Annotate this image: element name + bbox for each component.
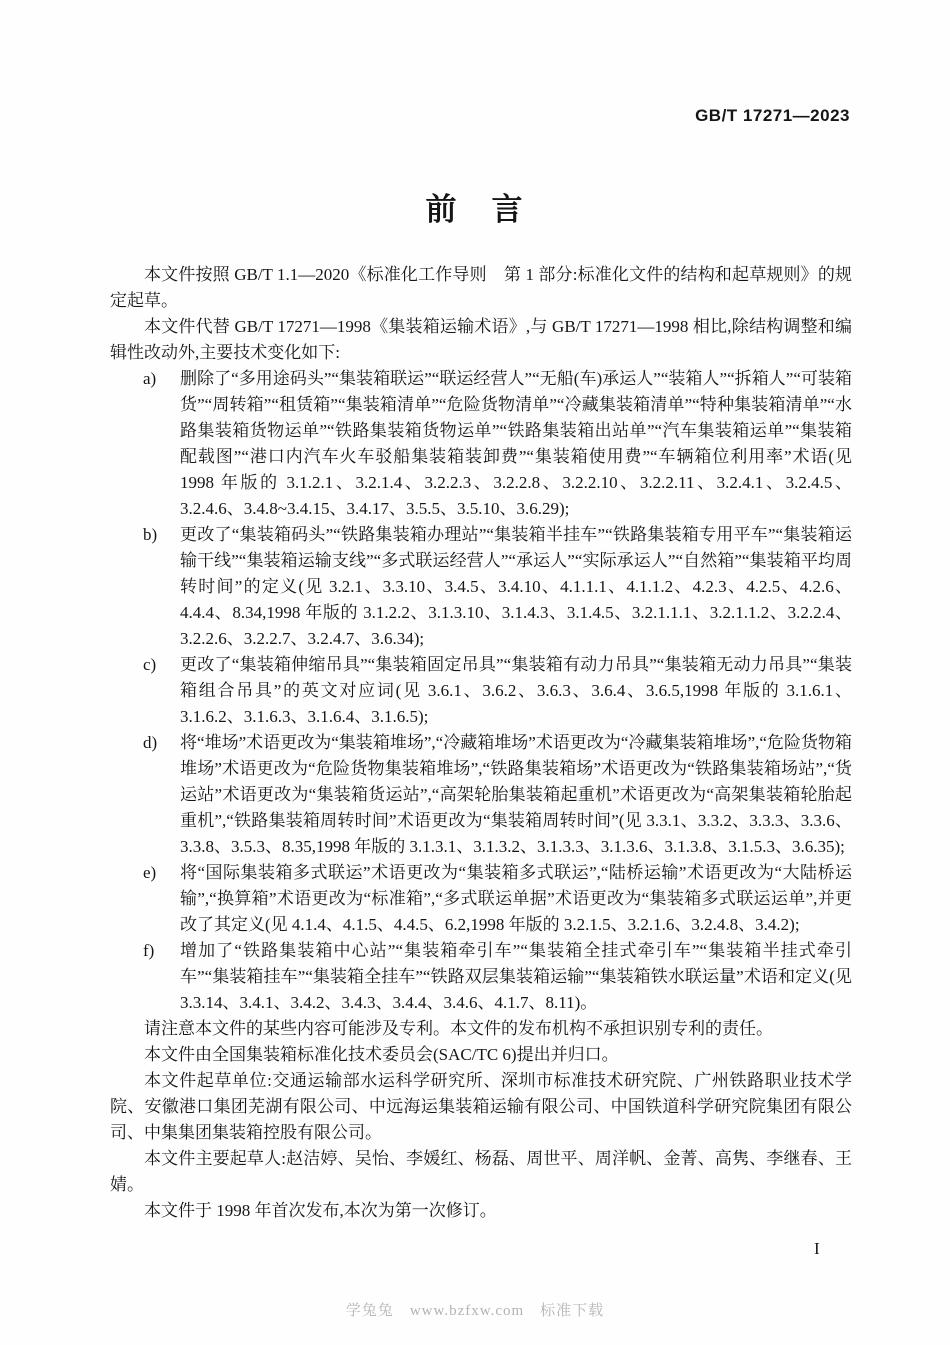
page-number: I (814, 1239, 820, 1259)
change-item-label: c) (143, 652, 180, 730)
intro-paragraph: 本文件按照 GB/T 1.1—2020《标准化工作导则 第 1 部分:标准化文件… (110, 262, 852, 314)
page-title: 前 言 (0, 184, 950, 229)
change-item-label: e) (143, 860, 180, 938)
closing-paragraph: 本文件主要起草人:赵洁婷、吴怡、李媛红、杨磊、周世平、周洋帆、金菁、高隽、李继春… (110, 1146, 852, 1198)
change-item-text: 删除了“多用途码头”“集装箱联运”“联运经营人”“无船(车)承运人”“装箱人”“… (180, 366, 852, 522)
change-item: f) 增加了“铁路集装箱中心站”“集装箱牵引车”“集装箱全挂式牵引车”“集装箱半… (143, 938, 852, 1016)
change-item-label: b) (143, 522, 180, 652)
change-item-label: f) (143, 938, 180, 1016)
change-item-text: 增加了“铁路集装箱中心站”“集装箱牵引车”“集装箱全挂式牵引车”“集装箱半挂式牵… (180, 938, 852, 1016)
foreword-content: 本文件按照 GB/T 1.1—2020《标准化工作导则 第 1 部分:标准化文件… (110, 262, 852, 1224)
change-item: a) 删除了“多用途码头”“集装箱联运”“联运经营人”“无船(车)承运人”“装箱… (143, 366, 852, 522)
change-item-text: 更改了“集装箱码头”“铁路集装箱办理站”“集装箱半挂车”“铁路集装箱专用平车”“… (180, 522, 852, 652)
change-item: e) 将“国际集装箱多式联运”术语更改为“集装箱多式联运”,“陆桥运输”术语更改… (143, 860, 852, 938)
change-item-label: a) (143, 366, 180, 522)
closing-paragraph: 请注意本文件的某些内容可能涉及专利。本文件的发布机构不承担识别专利的责任。 (110, 1016, 852, 1042)
change-item-text: 将“堆场”术语更改为“集装箱堆场”,“冷藏箱堆场”术语更改为“冷藏集装箱堆场”,… (180, 730, 852, 860)
change-item-text: 将“国际集装箱多式联运”术语更改为“集装箱多式联运”,“陆桥运输”术语更改为“大… (180, 860, 852, 938)
change-item-label: d) (143, 730, 180, 860)
document-page: GB/T 17271—2023 前 言 本文件按照 GB/T 1.1—2020《… (0, 0, 950, 1345)
change-item-text: 更改了“集装箱伸缩吊具”“集装箱固定吊具”“集装箱有动力吊具”“集装箱无动力吊具… (180, 652, 852, 730)
watermark: 学兔兔 www.bzfxw.com 标准下载 (0, 1299, 950, 1320)
change-item: d) 将“堆场”术语更改为“集装箱堆场”,“冷藏箱堆场”术语更改为“冷藏集装箱堆… (143, 730, 852, 860)
closing-paragraph: 本文件于 1998 年首次发布,本次为第一次修订。 (110, 1198, 852, 1224)
change-item: c) 更改了“集装箱伸缩吊具”“集装箱固定吊具”“集装箱有动力吊具”“集装箱无动… (143, 652, 852, 730)
standard-number: GB/T 17271—2023 (695, 106, 850, 126)
intro-paragraph: 本文件代替 GB/T 17271—1998《集装箱运输术语》,与 GB/T 17… (110, 314, 852, 366)
closing-paragraph: 本文件由全国集装箱标准化技术委员会(SAC/TC 6)提出并归口。 (110, 1042, 852, 1068)
closing-paragraph: 本文件起草单位:交通运输部水运科学研究所、深圳市标准技术研究院、广州铁路职业技术… (110, 1068, 852, 1146)
change-item: b) 更改了“集装箱码头”“铁路集装箱办理站”“集装箱半挂车”“铁路集装箱专用平… (143, 522, 852, 652)
